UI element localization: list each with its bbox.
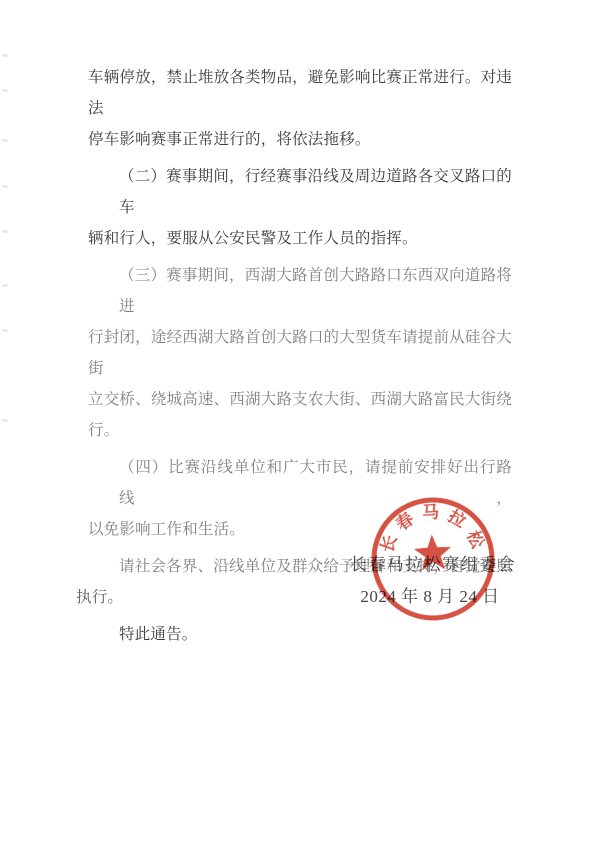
doc-line: 行。 (88, 415, 512, 446)
doc-line: 辆和行人，要服从公安民警及工作人员的指挥。 (88, 223, 512, 254)
scan-speckle (2, 284, 8, 287)
scan-speckle (2, 185, 8, 188)
notice-page: 车辆停放，禁止堆放各类物品，避免影响比赛正常进行。对违法停车影响赛事正常进行的，… (0, 0, 600, 842)
signature-committee: 长春马拉松赛组委会 (350, 553, 517, 577)
scan-speckle (2, 139, 8, 142)
signature-date: 2024 年 8 月 24 日 (360, 585, 499, 609)
scan-speckle (2, 54, 8, 57)
doc-line: 行封闭，途经西湖大路首创大路口的大型货车请提前从硅谷大街 (88, 322, 512, 384)
scan-speckle (2, 230, 8, 233)
scan-speckle (2, 89, 8, 92)
doc-line: （三）赛事期间，西湖大路首创大路路口东西双向道路将进 (88, 260, 512, 322)
doc-line: 停车影响赛事正常进行的，将依法拖移。 (88, 124, 512, 155)
doc-line: 立交桥、绕城高速、西湖大路支农大街、西湖大路富民大街绕 (88, 384, 512, 415)
doc-line: 特此通告。 (88, 619, 512, 650)
doc-line: 以免影响工作和生活。 (88, 514, 512, 545)
doc-line: （四）比赛沿线单位和广大市民，请提前安排好出行路线， (88, 452, 512, 514)
scan-speckle (2, 419, 8, 422)
doc-line: 车辆停放，禁止堆放各类物品，避免影响比赛正常进行。对违法 (88, 62, 512, 124)
doc-line: （二）赛事期间，行经赛事沿线及周边道路各交叉路口的车 (88, 161, 512, 223)
scan-speckle (2, 329, 8, 332)
